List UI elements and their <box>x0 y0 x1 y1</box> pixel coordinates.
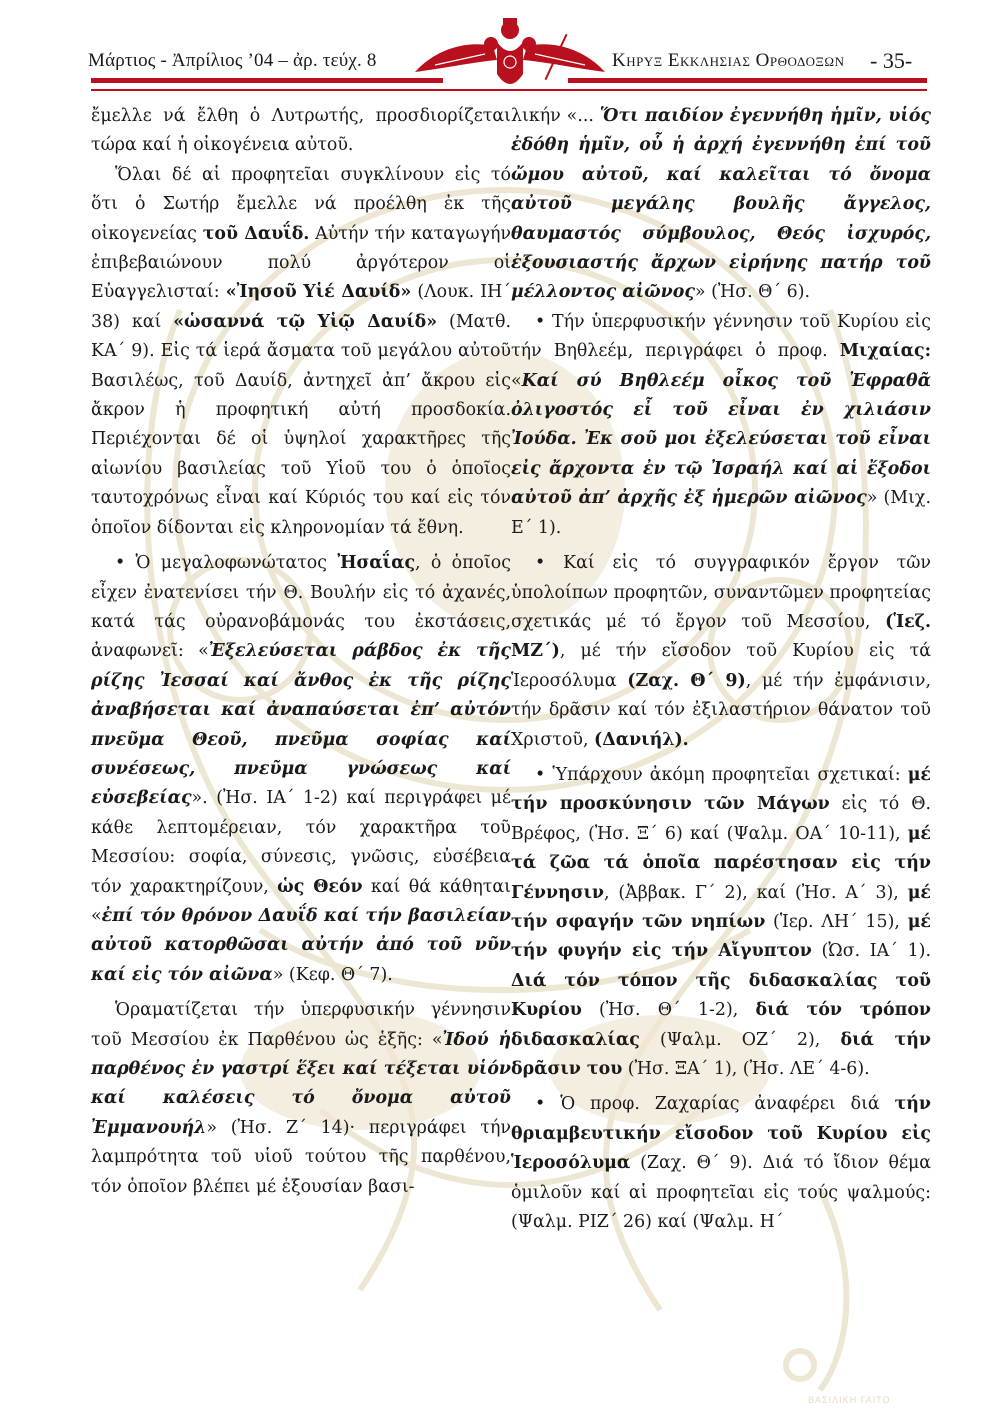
header-rule-right <box>568 78 927 83</box>
right-column: λικήν «... Ὅτι παιδίον ἐγεννήθη ἡμῖν, υἱ… <box>511 102 931 1237</box>
bullet-paragraph: Ὁ μεγαλοφωνώτατος Ἠσαΐας, ὁ ὁποῖος εἶχεν… <box>91 549 511 990</box>
left-column: ἔμελλε νά ἔλθη ὁ Λυτρωτής, προσδιορίζετα… <box>91 102 511 1202</box>
paragraph: Ὅλαι δέ αἱ προφητεῖαι συγκλίνουν εἰς τό … <box>91 161 511 543</box>
paragraph: Ὁραματίζεται τήν ὑπερφυσικήν γέννησιν το… <box>91 996 511 1202</box>
page-header: Μάρτιος - Ἀπρίλιος ’04 – ἀρ. τεύχ. 8 Κηρ… <box>0 0 1003 90</box>
bullet-paragraph: Καί εἰς τό συγγραφικόν ἔργον τῶν ὑπολοίπ… <box>511 549 931 755</box>
bullet-paragraph: Τήν ὑπερφυσικήν γέννησιν τοῦ Κυρίου εἰς … <box>511 308 931 543</box>
paragraph: ἔμελλε νά ἔλθη ὁ Λυτρωτής, προσδιορίζετα… <box>91 102 511 161</box>
bullet-paragraph: Ὁ προφ. Ζαχαρίας ἀναφέρει διά τήν θριαμβ… <box>511 1090 931 1237</box>
header-rule-thin <box>91 89 927 91</box>
publication-title: Κηρυξ Εκκλησιας Ορθοδοξων <box>612 50 844 72</box>
page-number: - 35- <box>870 48 912 74</box>
header-rule-left <box>91 78 443 83</box>
illustrator-signature: ΒΑΣΙΛΙΚΗ ΓΑΙΤΟ <box>808 1395 891 1405</box>
bullet-paragraph: Ὑπάρχουν ἀκόμη προφητεῖαι σχετικαί: μέ τ… <box>511 761 931 1084</box>
paragraph: λικήν «... Ὅτι παιδίον ἐγεννήθη ἡμῖν, υἱ… <box>511 102 931 308</box>
issue-info: Μάρτιος - Ἀπρίλιος ’04 – ἀρ. τεύχ. 8 <box>88 50 377 72</box>
